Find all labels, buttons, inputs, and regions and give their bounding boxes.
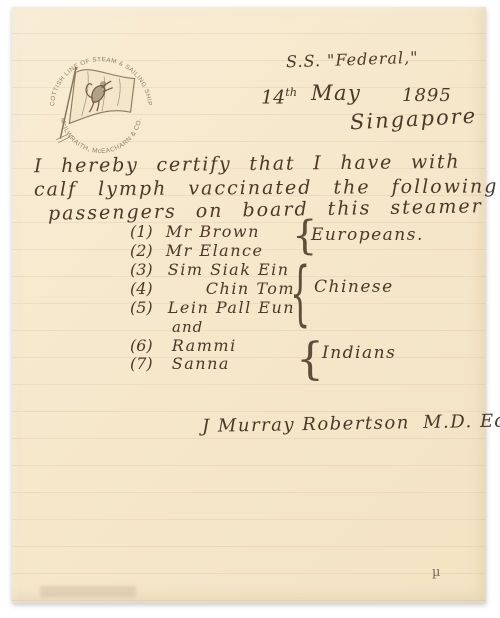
passenger-number: (4)	[130, 279, 153, 298]
group-label-chinese: Chinese	[314, 278, 394, 297]
passenger-number: (6)	[130, 336, 153, 355]
passenger-row-3: (3) Sim Siak Ein	[130, 261, 290, 279]
body-line-1: I hereby certify that I have with	[34, 152, 461, 177]
date-day-number: 14	[261, 86, 285, 108]
ship-name-line: S.S. "Federal,"	[286, 49, 419, 71]
signature-line: J Murray Robertson M.D. Edinr	[202, 410, 500, 437]
pencil-corner-mark: µ	[432, 565, 440, 580]
indians-brace: {	[296, 334, 324, 385]
group-label-europeans: Europeans.	[311, 226, 424, 245]
letter-paper: SCOTTISH LINE OF STEAM & SAILING SHIPS M…	[12, 7, 486, 603]
date-day-suffix: th	[285, 85, 297, 99]
lion-rampant-flag-icon: SCOTTISH LINE OF STEAM & SAILING SHIPS M…	[48, 47, 154, 157]
faint-stamp-smudge	[40, 586, 136, 597]
chinese-brace: {	[290, 251, 310, 335]
signature-degree: M.D. Edin	[423, 410, 500, 433]
passenger-name: Chin Tom	[206, 279, 295, 298]
date-day: 14th	[261, 86, 297, 108]
passenger-row-1: (1) Mr Brown	[130, 223, 260, 241]
passenger-row-5: (5) Lein Pall Eun	[130, 299, 295, 317]
passenger-name: Lein Pall Eun	[168, 298, 295, 317]
place-line: Singapore	[349, 105, 477, 135]
passenger-number: (5)	[130, 298, 153, 317]
passenger-row-7: (7) Sanna	[130, 355, 230, 373]
passenger-row-4: (4) Chin Tom	[130, 280, 295, 298]
passenger-name: Mr Elance	[166, 241, 264, 260]
list-connector-and: and	[172, 319, 203, 336]
passenger-name: Rammi	[172, 336, 237, 355]
group-label-indians: Indians	[322, 344, 396, 363]
date-year: 1895	[402, 86, 452, 106]
body-line-3: passengers on board this steamer	[48, 196, 483, 224]
passenger-name: Mr Brown	[166, 222, 260, 241]
flag-pole-finial	[75, 67, 78, 70]
date-month: May	[311, 82, 361, 105]
signature-name: J Murray Robertson	[202, 412, 410, 437]
passenger-row-2: (2) Mr Elance	[130, 242, 263, 260]
passenger-name: Sim Siak Ein	[168, 260, 290, 279]
photographed-document-page: { "colors": { "paper": "#f6e8cc", "ink":…	[0, 0, 500, 618]
passenger-number: (2)	[130, 241, 153, 260]
passenger-row-6: (6) Rammi	[130, 337, 237, 355]
passenger-number: (3)	[130, 260, 153, 279]
passenger-name: Sanna	[172, 354, 230, 373]
passenger-number: (7)	[130, 354, 153, 373]
passenger-number: (1)	[130, 222, 153, 241]
